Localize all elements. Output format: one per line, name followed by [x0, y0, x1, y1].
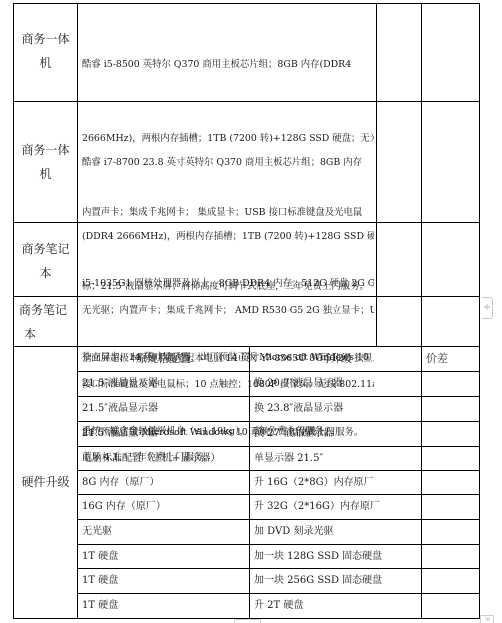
- upgrade-option-cell[interactable]: 换 27″液晶显示器: [254, 421, 334, 446]
- category-cell[interactable]: 商务笔记 本: [14, 298, 72, 346]
- category-label: 商务笔记: [14, 298, 72, 322]
- header-original-spec: 原规格配置: [78, 346, 249, 371]
- price-diff-cell[interactable]: [422, 396, 479, 421]
- original-spec-cell[interactable]: 1T 硬盘: [82, 568, 118, 593]
- price-cell[interactable]: [377, 4, 421, 101]
- upgrade-option-cell[interactable]: 升 16G（2*8G）内存原厂: [254, 470, 374, 495]
- price-cell[interactable]: [377, 297, 421, 346]
- add-row-handle[interactable]: [234, 619, 261, 623]
- price-diff-cell[interactable]: [422, 371, 479, 396]
- note-cell[interactable]: [422, 102, 479, 222]
- price-diff-cell[interactable]: [422, 421, 479, 446]
- original-spec-cell[interactable]: 无光驱: [82, 519, 112, 544]
- price-diff-cell[interactable]: [422, 568, 479, 593]
- header-price-diff: 价差: [426, 346, 448, 371]
- price-diff-cell[interactable]: [422, 593, 479, 618]
- header-upgrade-option: 可升级: [250, 346, 421, 371]
- upgrade-option-cell[interactable]: 加一块 128G SSD 固态硬盘: [254, 544, 382, 569]
- upgrade-option-cell[interactable]: 升 32G（2*16G）内存原厂: [254, 494, 380, 519]
- table-border-right: [479, 3, 480, 618]
- price-diff-cell[interactable]: [422, 494, 479, 519]
- upgrade-option-cell[interactable]: 加 DVD 刻录光驱: [254, 519, 333, 544]
- original-spec-cell[interactable]: 1T 硬盘: [82, 593, 118, 618]
- note-cell[interactable]: [422, 4, 479, 101]
- upgrade-option-cell[interactable]: 单显示器 21.5″: [254, 446, 323, 471]
- category-label: 商务笔记: [14, 237, 77, 261]
- upgrade-option-cell[interactable]: 加一块 256G SSD 固态硬盘: [254, 568, 382, 593]
- add-column-plus-icon[interactable]: +: [482, 297, 493, 319]
- upgrade-category-cell[interactable]: 硬件升级: [14, 470, 77, 494]
- category-cell[interactable]: 商务一体 机: [14, 27, 77, 75]
- category-cell[interactable]: 商务笔记 本: [14, 237, 77, 285]
- price-diff-cell[interactable]: [422, 470, 479, 494]
- table-resize-icon[interactable]: ⇲: [480, 615, 494, 623]
- note-cell[interactable]: [422, 223, 479, 296]
- price-cell[interactable]: [377, 223, 421, 296]
- original-spec-cell[interactable]: 21.5″液晶显示器: [82, 421, 158, 446]
- upgrade-option-cell[interactable]: 换 20.7″液晶显示器: [254, 371, 343, 396]
- original-spec-cell[interactable]: 16G 内存（原厂）: [82, 494, 166, 519]
- original-spec-cell[interactable]: 1T 硬盘: [82, 544, 118, 569]
- spec-line: i5-1035G1 四核处理器及以上，8GB DDR4 内存；512G 硬盘 2…: [82, 272, 374, 297]
- original-spec-cell[interactable]: 21.5″液晶显示器: [82, 371, 158, 396]
- price-diff-cell[interactable]: [422, 446, 479, 470]
- price-diff-cell[interactable]: [422, 519, 479, 544]
- original-spec-cell[interactable]: 21.5″液晶显示器: [82, 396, 158, 421]
- category-label: 机: [14, 51, 77, 75]
- category-label: 硬件升级: [14, 470, 77, 494]
- spec-line: 酷睿 i5-8500 英特尔 Q370 商用主板芯片组；8GB 内存(DDR4: [82, 53, 374, 78]
- spec-line: 酷睿 i7-8700 23.8 英寸英特尔 Q370 商用主板芯片组；8GB 内…: [82, 151, 374, 176]
- column-divider-category: [77, 3, 78, 618]
- category-label: 机: [14, 162, 77, 186]
- upgrade-option-cell[interactable]: 换 23.8″液晶显示器: [254, 396, 343, 421]
- original-spec-cell[interactable]: 8G 内存（原厂）: [82, 470, 160, 495]
- original-spec-cell[interactable]: 电脑标准配置（主机+显示器）: [82, 446, 220, 471]
- category-label: 商务一体: [14, 27, 77, 51]
- category-cell[interactable]: 商务一体 机: [14, 138, 77, 186]
- category-label: 本: [14, 261, 77, 285]
- note-cell[interactable]: [422, 297, 479, 346]
- price-cell[interactable]: [377, 102, 421, 222]
- category-label: 商务一体: [14, 138, 77, 162]
- category-label: 本: [14, 322, 72, 346]
- upgrade-option-cell[interactable]: 升 2T 硬盘: [254, 593, 303, 618]
- price-diff-cell[interactable]: [422, 544, 479, 568]
